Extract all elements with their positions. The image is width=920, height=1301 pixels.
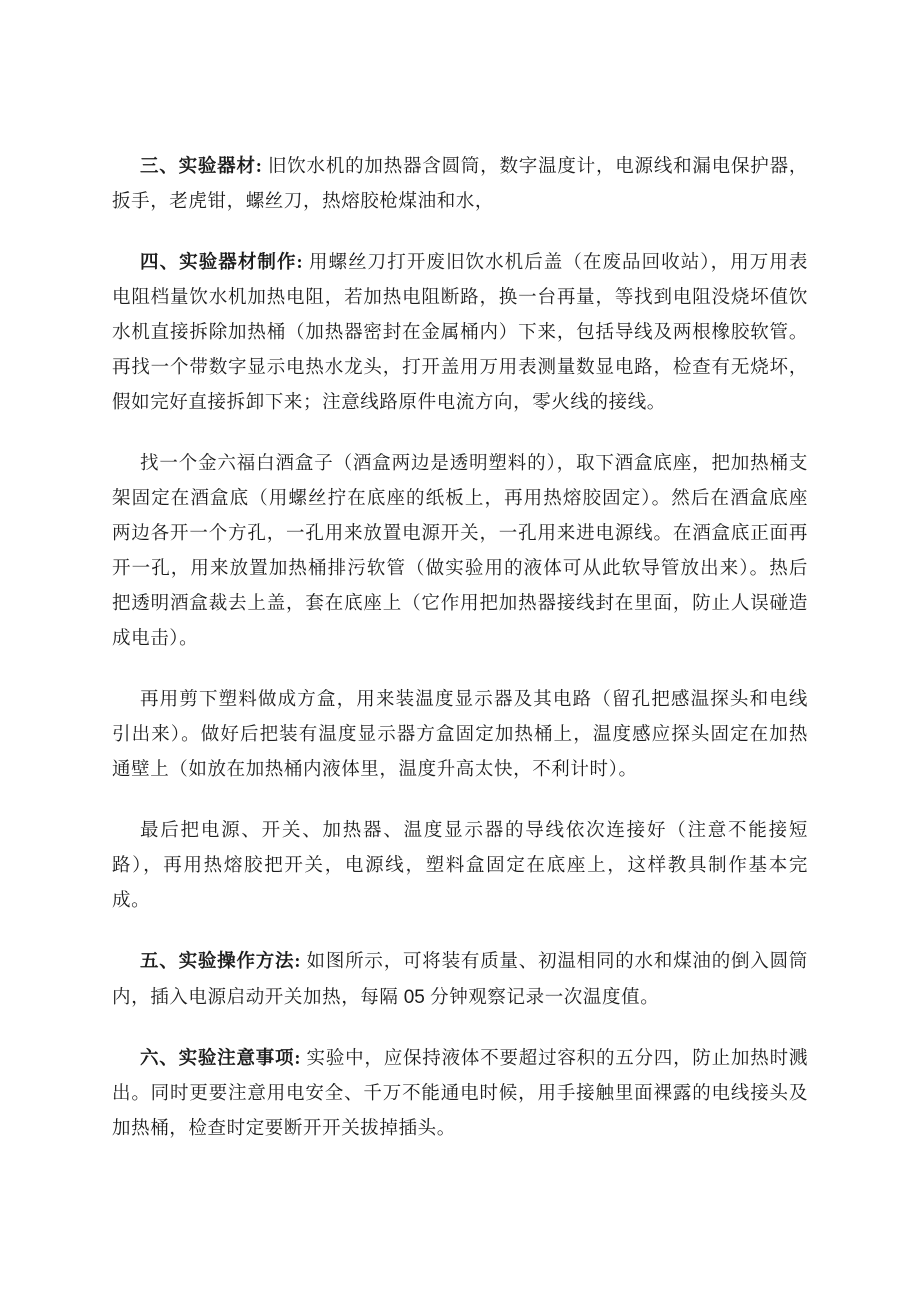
section-heading: 五、实验操作方法: <box>140 952 307 972</box>
paragraph: 再用剪下塑料做成方盒，用来装温度显示器及其电路（留孔把感温探头和电线引出来）。做… <box>112 683 808 788</box>
paragraph: 最后把电源、开关、加热器、温度显示器的导线依次连接好（注意不能接短路），再用热熔… <box>112 814 808 919</box>
paragraph: 五、实验操作方法: 如图所示，可将装有质量、初温相同的水和煤油的倒入圆筒内，插入… <box>112 945 808 1016</box>
body-text: 05 <box>404 987 425 1008</box>
paragraph: 四、实验器材制作: 用螺丝刀打开废旧饮水机后盖（在废品回收站），用万用表电阻档量… <box>112 246 808 421</box>
body-text: 再用剪下塑料做成方盒，用来装温度显示器及其电路（留孔把感温探头和电线引出来）。做… <box>112 690 808 780</box>
paragraph: 六、实验注意事项: 实验中，应保持液体不要超过容积的五分四，防止加热时溅出。同时… <box>112 1042 808 1147</box>
body-text: 找一个金六福白酒盒子（酒盒两边是透明塑料的），取下酒盒底座，把加热桶支架固定在酒… <box>112 454 808 649</box>
body-text: 用螺丝刀打开废旧饮水机后盖（在废品回收站），用万用表电阻档量饮水机加热电阻，若加… <box>112 253 808 413</box>
body-text: 分钟观察记录一次温度值。 <box>425 988 659 1008</box>
section-heading: 三、实验器材: <box>140 157 268 177</box>
body-text: 最后把电源、开关、加热器、温度显示器的导线依次连接好（注意不能接短路），再用热熔… <box>112 821 808 911</box>
document-body: 三、实验器材: 旧饮水机的加热器含圆筒，数字温度计，电源线和漏电保护器，扳手，老… <box>0 0 920 1147</box>
document-page: 三、实验器材: 旧饮水机的加热器含圆筒，数字温度计，电源线和漏电保护器，扳手，老… <box>0 0 920 1301</box>
section-heading: 六、实验注意事项: <box>140 1049 307 1069</box>
paragraph: 三、实验器材: 旧饮水机的加热器含圆筒，数字温度计，电源线和漏电保护器，扳手，老… <box>112 150 808 220</box>
section-heading: 四、实验器材制作: <box>140 253 309 273</box>
paragraph: 找一个金六福白酒盒子（酒盒两边是透明塑料的），取下酒盒底座，把加热桶支架固定在酒… <box>112 447 808 657</box>
